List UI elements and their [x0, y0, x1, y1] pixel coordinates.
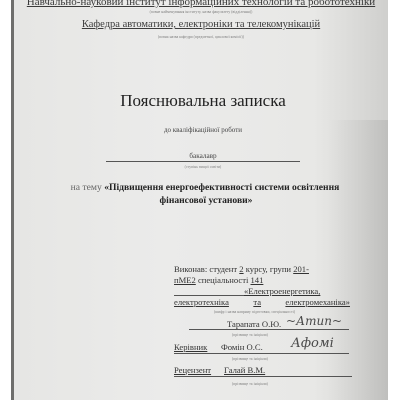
document-page: Навчально-науковий інститут інформаційни…: [11, 0, 388, 400]
student-signature: ~Атип~: [286, 314, 342, 328]
document-subtitle: до кваліфікаційної роботи: [14, 126, 388, 134]
specialty-blank-line: [174, 295, 244, 296]
reviewer-role: Рецензент: [174, 365, 211, 375]
institute-name: Навчально-науковий інститут інформаційни…: [14, 0, 388, 8]
supervisor-underline: [174, 353, 349, 354]
student-name-caption: (прізвище та ініціали): [232, 333, 268, 337]
theme-line-1: на тему «Підвищення енергоефективності с…: [14, 182, 388, 193]
specialty-name-1: «Електроенергетика,: [244, 286, 320, 296]
group-value-1: 201-: [293, 264, 309, 274]
student-line-4: електротехніка та електромеханіка»: [174, 297, 350, 307]
group-value-2: пМЕ2: [174, 275, 196, 285]
theme-line-2: фінансової установи»: [14, 195, 388, 206]
label-performed-by: Виконав: студент: [174, 264, 237, 274]
label-course-group: курсу, групи: [246, 264, 291, 274]
specialty-name-2b: та: [253, 297, 261, 307]
supervisor-signature: Афомі: [291, 336, 334, 351]
department-caption: (повна назва кафедри (предметної, циклов…: [14, 35, 388, 39]
degree-caption: (ступінь вищої освіти): [106, 165, 300, 169]
degree-value: бакалавр: [106, 152, 300, 160]
specialty-caption: (шифр і назва напряму підготовки, спеціа…: [214, 310, 295, 314]
supervisor-name: Фомін О.С.: [221, 342, 263, 352]
supervisor-role: Керівник: [174, 342, 207, 352]
department-name: Кафедра автоматики, електроніки та телек…: [14, 19, 388, 30]
supervisor-caption: (прізвище та ініціали): [232, 357, 268, 361]
institute-caption: (повне найменування інституту, назва фак…: [14, 10, 388, 14]
theme-prefix: на тему: [71, 182, 102, 193]
specialty-code: 141: [251, 275, 264, 285]
student-line-2: пМЕ2 спеціальності 141: [174, 275, 263, 285]
degree-underline: [106, 161, 300, 162]
theme-text-1: «Підвищення енергоефективності системи о…: [104, 182, 339, 193]
course-value: 2: [239, 264, 243, 274]
specialty-name-2c: електромеханіка»: [285, 297, 350, 307]
specialty-name-2a: електротехніка: [174, 297, 229, 307]
reviewer-name: Галай В.М.: [224, 365, 265, 375]
reviewer-caption: (прізвище та ініціали): [232, 382, 268, 386]
student-name: Тарапата О.Ю.: [227, 319, 281, 329]
label-specialty: спеціальності: [198, 275, 248, 285]
student-name-underline: [189, 329, 349, 330]
student-line-1: Виконав: студент 2 курсу, групи 201-: [174, 264, 309, 274]
reviewer-underline: [174, 376, 352, 377]
document-title: Пояснювальна записка: [14, 91, 388, 111]
